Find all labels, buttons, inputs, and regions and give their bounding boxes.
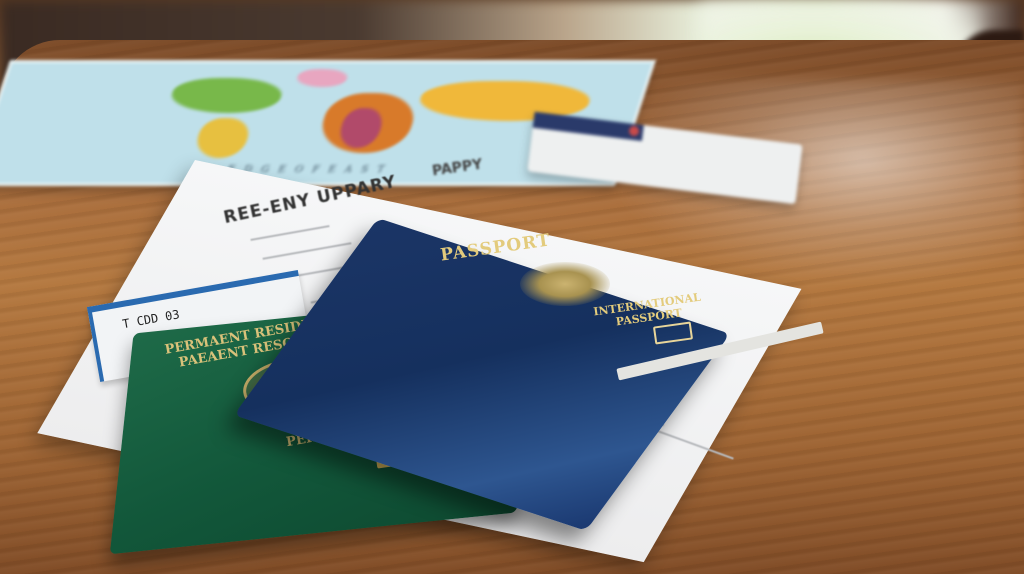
map-greenland bbox=[294, 69, 350, 87]
map-north-america bbox=[166, 78, 287, 113]
map-south-america bbox=[191, 118, 254, 158]
id-card-text: T CDD 03 bbox=[121, 307, 180, 331]
eagle-emblem-icon bbox=[520, 262, 610, 306]
photo-scene: E D G E O F E A S T PAPPY REE-ENY UPPARY… bbox=[0, 0, 1024, 574]
